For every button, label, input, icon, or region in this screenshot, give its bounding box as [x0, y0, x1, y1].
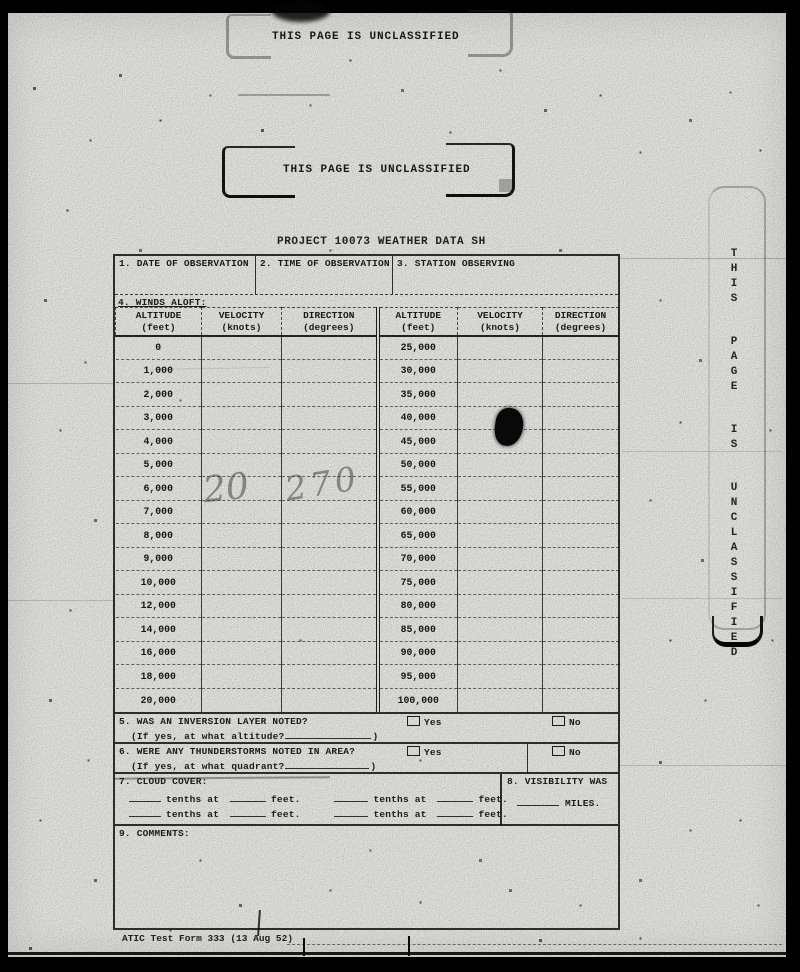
altitude-cell-left: 18,000 — [116, 665, 202, 689]
altitude-cell-right: 75,000 — [378, 571, 458, 595]
question-5-no: No — [552, 716, 581, 728]
velocity-cell-left — [202, 336, 282, 360]
direction-cell-left — [282, 359, 378, 383]
velocity-cell-left — [202, 665, 282, 689]
cloud-cover-line-2: tenths at feet. tenths at feet. — [129, 807, 508, 820]
altitude-cell-left: 10,000 — [116, 571, 202, 595]
velocity-cell-right — [458, 547, 543, 571]
altitude-cell-left: 20,000 — [116, 688, 202, 712]
quadrant-answer-blank — [285, 759, 369, 769]
altitude-right-header: ALTITUDE(feet) — [378, 308, 458, 336]
feet-blank — [437, 807, 473, 817]
station-observing-field: 3. STATION OBSERVING — [392, 256, 618, 294]
altitude-cell-right: 25,000 — [378, 336, 458, 360]
scan-speckles — [0, 0, 1, 1]
winds-row: 7,000 60,000 — [116, 500, 619, 524]
question-5-box: 5. WAS AN INVERSION LAYER NOTED? Yes No … — [115, 712, 618, 742]
no-checkbox — [552, 746, 565, 756]
direction-cell-right — [543, 594, 619, 618]
altitude-cell-left: 4,000 — [116, 430, 202, 454]
handwritten-velocity-note: 20 — [201, 466, 251, 512]
yes-checkbox — [407, 716, 420, 726]
question-9-box: 9. COMMENTS: — [115, 824, 618, 928]
feet-blank — [437, 792, 473, 802]
winds-header-row: ALTITUDE(feet) VELOCITY(knots) DIRECTION… — [116, 308, 619, 336]
altitude-cell-left: 3,000 — [116, 406, 202, 430]
direction-cell-right — [543, 336, 619, 360]
velocity-cell-right — [458, 618, 543, 642]
direction-cell-right — [543, 383, 619, 407]
velocity-cell-left — [202, 406, 282, 430]
date-of-observation-label: 1. DATE OF OBSERVATION — [115, 256, 255, 269]
header-fields-row: 1. DATE OF OBSERVATION 2. TIME OF OBSERV… — [115, 256, 618, 295]
stamp-bracket-right — [468, 10, 513, 57]
comments-label: 9. COMMENTS: — [119, 828, 190, 839]
altitude-cell-right: 100,000 — [378, 688, 458, 712]
altitude-cell-left: 8,000 — [116, 524, 202, 548]
direction-cell-left — [282, 594, 378, 618]
miles-blank — [517, 796, 559, 806]
altitude-cell-right: 30,000 — [378, 359, 458, 383]
winds-row: 5,000 50,000 — [116, 453, 619, 477]
question-7-box: 7. CLOUD COVER: tenths at feet. tenths a… — [115, 772, 618, 824]
velocity-cell-right — [458, 359, 543, 383]
date-of-observation-field: 1. DATE OF OBSERVATION — [115, 256, 255, 294]
question-5-yes: Yes — [407, 716, 442, 728]
velocity-cell-left — [202, 430, 282, 454]
winds-row: 18,000 95,000 — [116, 665, 619, 689]
classification-stamp-middle: THIS PAGE IS UNCLASSIFIED — [283, 164, 471, 176]
stray-line — [238, 94, 330, 96]
direction-cell-right — [543, 477, 619, 501]
velocity-right-header: VELOCITY(knots) — [458, 308, 543, 336]
winds-row: 12,000 80,000 — [116, 594, 619, 618]
question-6-no: No — [552, 746, 581, 758]
question-6-yes: Yes — [407, 746, 442, 758]
velocity-cell-left — [202, 594, 282, 618]
altitude-cell-right: 70,000 — [378, 547, 458, 571]
cloud-cover-line-1: tenths at feet. tenths at feet. — [129, 792, 508, 805]
altitude-cell-left: 0 — [116, 336, 202, 360]
velocity-cell-left — [202, 618, 282, 642]
winds-table-body: 0 25,000 1,000 30,000 2,000 35,000 3,000… — [116, 336, 619, 712]
tenths-blank — [334, 807, 368, 817]
question-6-box: 6. WERE ANY THUNDERSTORMS NOTED IN AREA?… — [115, 742, 618, 772]
velocity-cell-right — [458, 453, 543, 477]
velocity-cell-left — [202, 688, 282, 712]
altitude-cell-right: 50,000 — [378, 453, 458, 477]
cloud-cover-label: 7. CLOUD COVER: — [119, 776, 208, 787]
altitude-cell-left: 9,000 — [116, 547, 202, 571]
winds-aloft-table: ALTITUDE(feet) VELOCITY(knots) DIRECTION… — [115, 307, 619, 712]
velocity-cell-right — [458, 477, 543, 501]
direction-cell-left — [282, 430, 378, 454]
scan-edge-line — [8, 952, 788, 955]
altitude-cell-right: 45,000 — [378, 430, 458, 454]
tenths-blank — [129, 807, 161, 817]
time-of-observation-field: 2. TIME OF OBSERVATION — [255, 256, 392, 294]
direction-right-header: DIRECTION(degrees) — [543, 308, 619, 336]
direction-cell-left — [282, 336, 378, 360]
altitude-cell-left: 5,000 — [116, 453, 202, 477]
velocity-cell-right — [458, 665, 543, 689]
classification-stamp-top: THIS PAGE IS UNCLASSIFIED — [272, 31, 460, 43]
velocity-cell-right — [458, 383, 543, 407]
velocity-cell-left — [202, 524, 282, 548]
direction-cell-right — [543, 406, 619, 430]
form-title: PROJECT 10073 WEATHER DATA SH — [277, 236, 486, 248]
altitude-cell-left: 6,000 — [116, 477, 202, 501]
stray-line — [8, 600, 113, 601]
direction-cell-right — [543, 571, 619, 595]
altitude-cell-right: 40,000 — [378, 406, 458, 430]
altitude-cell-left: 7,000 — [116, 500, 202, 524]
yes-checkbox — [407, 746, 420, 756]
altitude-cell-right: 90,000 — [378, 641, 458, 665]
winds-row: 9,000 70,000 — [116, 547, 619, 571]
footer-dashed-line — [287, 944, 782, 945]
direction-cell-left — [282, 688, 378, 712]
winds-row: 2,000 35,000 — [116, 383, 619, 407]
feet-blank — [230, 792, 266, 802]
direction-cell-right — [543, 688, 619, 712]
winds-row: 6,000 55,000 — [116, 477, 619, 501]
altitude-cell-right: 55,000 — [378, 477, 458, 501]
altitude-cell-right: 35,000 — [378, 383, 458, 407]
winds-row: 20,000 100,000 — [116, 688, 619, 712]
stray-tick — [303, 938, 305, 956]
velocity-cell-right — [458, 688, 543, 712]
velocity-cell-right — [458, 641, 543, 665]
velocity-left-header: VELOCITY(knots) — [202, 308, 282, 336]
divider — [527, 744, 528, 774]
no-checkbox — [552, 716, 565, 726]
altitude-cell-left: 14,000 — [116, 618, 202, 642]
question-5-label: 5. WAS AN INVERSION LAYER NOTED? — [119, 716, 308, 727]
velocity-cell-right — [458, 336, 543, 360]
altitude-cell-left: 16,000 — [116, 641, 202, 665]
tenths-blank — [334, 792, 368, 802]
direction-cell-right — [543, 665, 619, 689]
altitude-cell-left: 2,000 — [116, 383, 202, 407]
winds-row: 1,000 30,000 — [116, 359, 619, 383]
direction-cell-right — [543, 547, 619, 571]
winds-row: 4,000 45,000 — [116, 430, 619, 454]
direction-cell-left — [282, 547, 378, 571]
altitude-cell-right: 85,000 — [378, 618, 458, 642]
direction-cell-left — [282, 618, 378, 642]
direction-cell-right — [543, 359, 619, 383]
question-6-subline: (If yes, at what quadrant?) — [131, 759, 376, 772]
winds-row: 3,000 40,000 — [116, 406, 619, 430]
winds-row: 14,000 85,000 — [116, 618, 619, 642]
question-6-label: 6. WERE ANY THUNDERSTORMS NOTED IN AREA? — [119, 746, 355, 757]
altitude-cell-left: 12,000 — [116, 594, 202, 618]
stray-tick — [408, 936, 410, 956]
stamp-bracket-left — [226, 14, 271, 59]
altitude-cell-right: 60,000 — [378, 500, 458, 524]
direction-left-header: DIRECTION(degrees) — [282, 308, 378, 336]
winds-row: 16,000 90,000 — [116, 641, 619, 665]
altitude-cell-left: 1,000 — [116, 359, 202, 383]
visibility-label: 8. VISIBILITY WAS — [507, 776, 607, 787]
direction-cell-left — [282, 641, 378, 665]
scan-smudge — [272, 0, 330, 22]
stray-line — [620, 765, 788, 766]
direction-cell-right — [543, 430, 619, 454]
winds-row: 0 25,000 — [116, 336, 619, 360]
station-observing-label: 3. STATION OBSERVING — [393, 256, 618, 269]
winds-row: 8,000 65,000 — [116, 524, 619, 548]
form-id-footer: ATIC Test Form 333 (13 Aug 52) — [122, 933, 293, 944]
velocity-cell-right — [458, 500, 543, 524]
direction-cell-right — [543, 500, 619, 524]
altitude-left-header: ALTITUDE(feet) — [116, 308, 202, 336]
direction-cell-left — [282, 406, 378, 430]
velocity-cell-right — [458, 571, 543, 595]
direction-cell-right — [543, 453, 619, 477]
direction-cell-left — [282, 524, 378, 548]
direction-cell-right — [543, 641, 619, 665]
velocity-cell-right — [458, 594, 543, 618]
time-of-observation-label: 2. TIME OF OBSERVATION — [256, 256, 392, 269]
velocity-cell-left — [202, 383, 282, 407]
scanned-document-page: THIS PAGE IS UNCLASSIFIED THIS PAGE IS U… — [0, 0, 800, 972]
altitude-answer-blank — [285, 729, 371, 739]
stray-line — [0, 383, 113, 384]
weather-data-form: 1. DATE OF OBSERVATION 2. TIME OF OBSERV… — [113, 254, 620, 930]
winds-row: 10,000 75,000 — [116, 571, 619, 595]
altitude-cell-right: 65,000 — [378, 524, 458, 548]
altitude-cell-right: 95,000 — [378, 665, 458, 689]
classification-stamp-side: THIS PAGE IS UNCLASSIFIED — [728, 248, 740, 600]
direction-cell-right — [543, 524, 619, 548]
altitude-cell-right: 80,000 — [378, 594, 458, 618]
direction-cell-left — [282, 571, 378, 595]
velocity-cell-left — [202, 641, 282, 665]
direction-cell-left — [282, 383, 378, 407]
velocity-cell-left — [202, 571, 282, 595]
direction-cell-left — [282, 665, 378, 689]
velocity-cell-left — [202, 547, 282, 571]
tenths-blank — [129, 792, 161, 802]
velocity-cell-right — [458, 524, 543, 548]
visibility-value-line: MILES. — [517, 796, 600, 809]
direction-cell-right — [543, 618, 619, 642]
question-5-subline: (If yes, at what altitude?) — [131, 729, 378, 742]
feet-blank — [230, 807, 266, 817]
velocity-cell-left — [202, 359, 282, 383]
